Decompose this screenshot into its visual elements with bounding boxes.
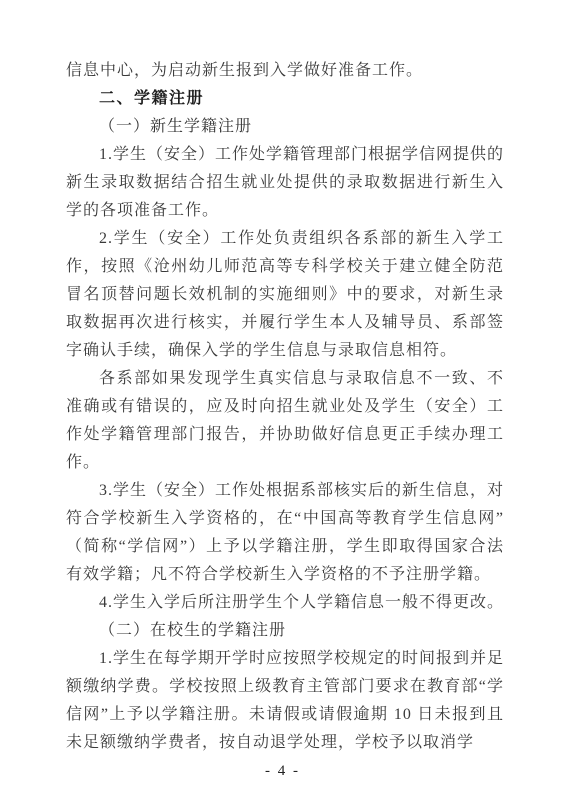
- page-footer: - 4 -: [0, 761, 565, 781]
- page-number: - 4 -: [265, 763, 300, 779]
- paragraph-item-1: 1.学生（安全）工作处学籍管理部门根据学信网提供的新生录取数据结合招生就业处提供…: [66, 141, 504, 225]
- paragraph-continuation: 信息中心，为启动新生报到入学做好准备工作。: [66, 57, 504, 85]
- paragraph-departments-note: 各系部如果发现学生真实信息与录取信息不一致、不准确或有错误的，应及时向招生就业处…: [66, 365, 504, 477]
- document-page: 信息中心，为启动新生报到入学做好准备工作。 二、学籍注册 （一）新生学籍注册 1…: [0, 0, 565, 807]
- paragraph-item-3: 3.学生（安全）工作处根据系部核实后的新生信息，对符合学校新生入学资格的，在“中…: [66, 477, 504, 589]
- paragraph-item-4: 4.学生入学后所注册学生个人学籍信息一般不得更改。: [66, 589, 504, 617]
- section-heading-registration: 二、学籍注册: [66, 85, 504, 113]
- subsection-heading-new-student: （一）新生学籍注册: [66, 113, 504, 141]
- paragraph-item-2: 2.学生（安全）工作处负责组织各系部的新生入学工作，按照《沧州幼儿师范高等专科学…: [66, 225, 504, 365]
- paragraph-item-1-current: 1.学生在每学期开学时应按照学校规定的时间报到并足额缴纳学费。学校按照上级教育主…: [66, 645, 504, 757]
- document-body: 信息中心，为启动新生报到入学做好准备工作。 二、学籍注册 （一）新生学籍注册 1…: [66, 57, 504, 757]
- subsection-heading-current-student: （二）在校生的学籍注册: [66, 617, 504, 645]
